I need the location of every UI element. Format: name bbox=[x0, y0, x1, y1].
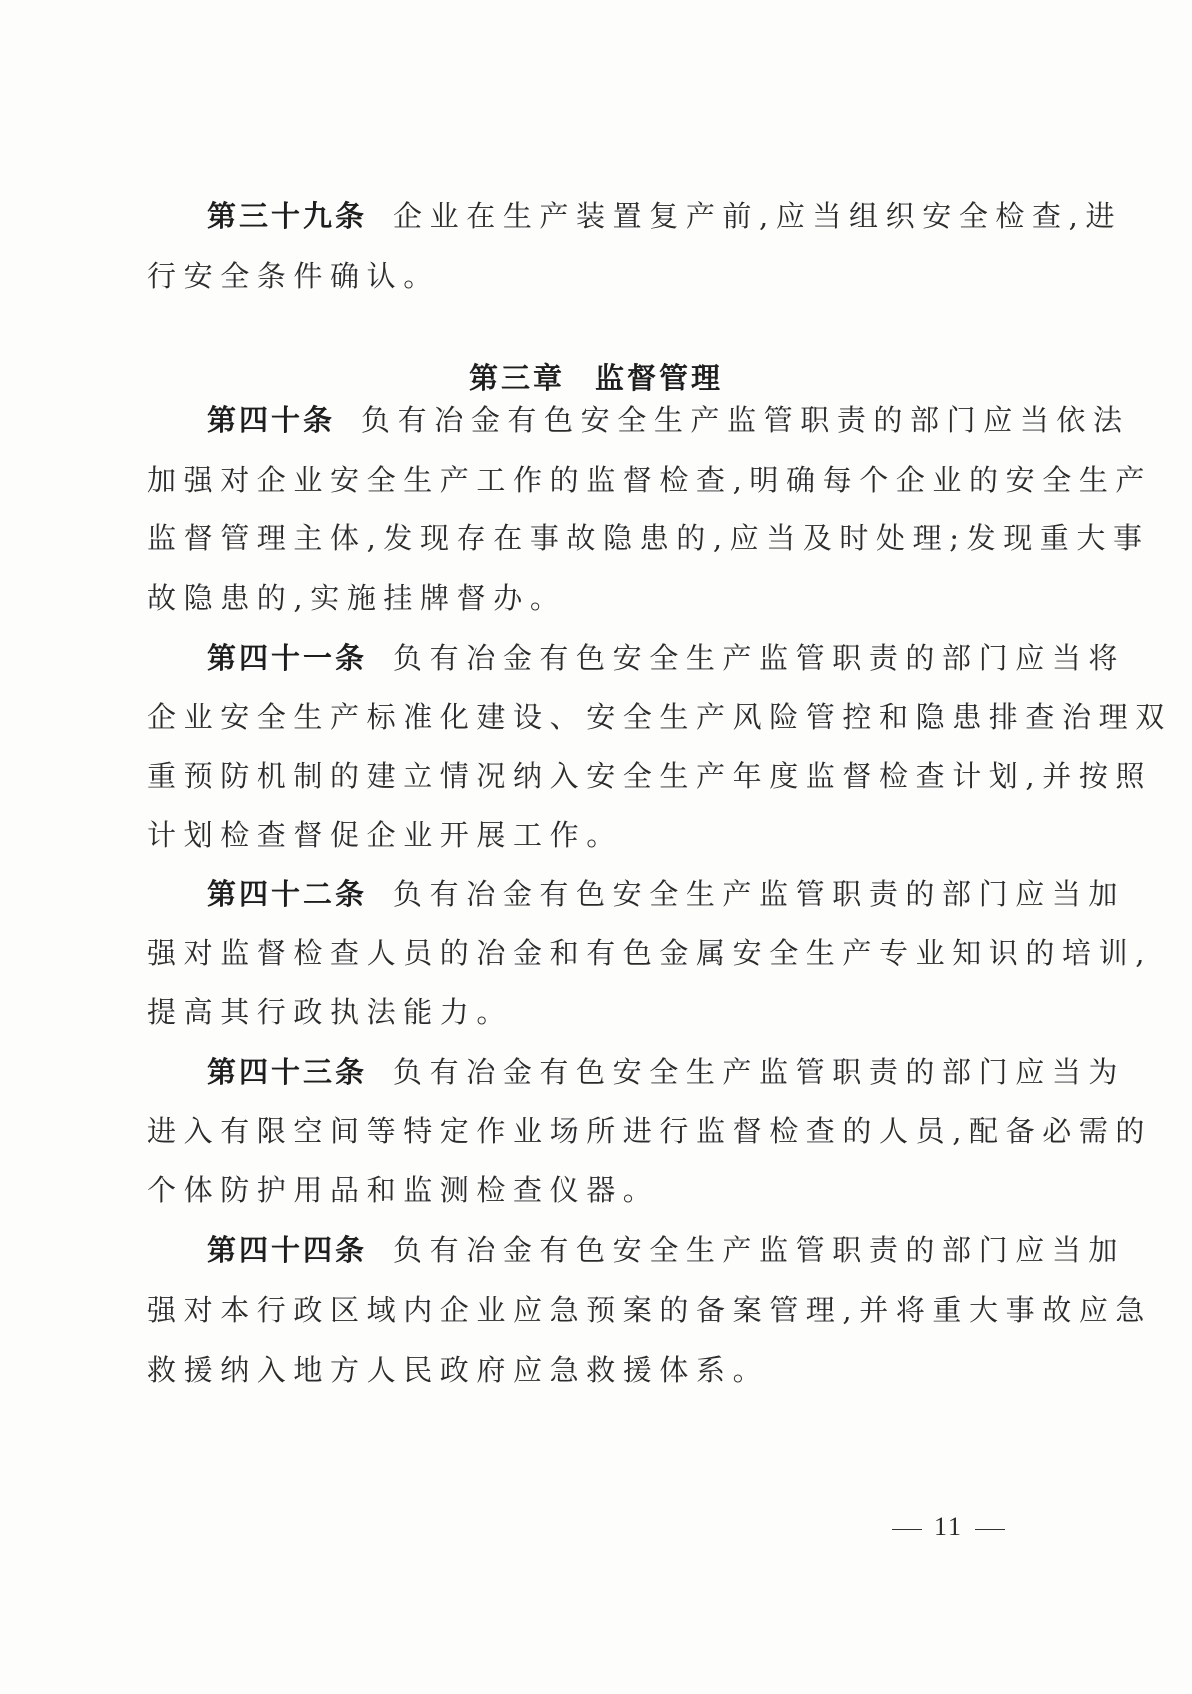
article-44-line-2: 强对本行政区域内企业应急预案的备案管理,并将重大事故应急 bbox=[147, 1290, 1027, 1330]
article-41-line-2: 企业安全生产标准化建设、安全生产风险管控和隐患排查治理双 bbox=[147, 697, 1027, 737]
page-number-value: 11 bbox=[934, 1512, 963, 1541]
article-number: 第四十条 bbox=[207, 403, 335, 437]
article-44-line-3: 救援纳入地方人民政府应急救援体系。 bbox=[147, 1350, 1027, 1390]
article-number: 第三十九条 bbox=[207, 199, 367, 233]
article-text: 企业在生产装置复产前,应当组织安全检查,进 bbox=[393, 199, 1122, 233]
article-39-line-1: 第三十九条企业在生产装置复产前,应当组织安全检查,进 bbox=[207, 196, 1087, 236]
chapter-heading: 第三章监督管理 bbox=[0, 356, 1192, 397]
article-number: 第四十三条 bbox=[207, 1055, 367, 1089]
article-42-line-2: 强对监督检查人员的冶金和有色金属安全生产专业知识的培训, bbox=[147, 933, 1027, 973]
article-text: 负有冶金有色安全生产监管职责的部门应当依法 bbox=[361, 403, 1130, 437]
article-40-line-4: 故隐患的,实施挂牌督办。 bbox=[147, 578, 1027, 618]
article-text: 负有冶金有色安全生产监管职责的部门应当加 bbox=[393, 877, 1125, 911]
article-40-line-2: 加强对企业安全生产工作的监督检查,明确每个企业的安全生产 bbox=[147, 460, 1027, 500]
article-39-line-2: 行安全条件确认。 bbox=[147, 256, 1027, 296]
article-42-line-1: 第四十二条负有冶金有色安全生产监管职责的部门应当加 bbox=[207, 874, 1087, 914]
chapter-title: 监督管理 bbox=[595, 361, 723, 395]
article-43-line-2: 进入有限空间等特定作业场所进行监督检查的人员,配备必需的 bbox=[147, 1111, 1027, 1151]
article-43-line-3: 个体防护用品和监测检查仪器。 bbox=[147, 1170, 1027, 1210]
dash-right bbox=[975, 1529, 1005, 1530]
article-41-line-3: 重预防机制的建立情况纳入安全生产年度监督检查计划,并按照 bbox=[147, 756, 1027, 796]
article-41-line-4: 计划检查督促企业开展工作。 bbox=[147, 815, 1027, 855]
chapter-number: 第三章 bbox=[469, 361, 565, 395]
article-43-line-1: 第四十三条负有冶金有色安全生产监管职责的部门应当为 bbox=[207, 1052, 1087, 1092]
article-text: 负有冶金有色安全生产监管职责的部门应当加 bbox=[393, 1233, 1125, 1267]
article-44-line-1: 第四十四条负有冶金有色安全生产监管职责的部门应当加 bbox=[207, 1230, 1087, 1270]
article-number: 第四十四条 bbox=[207, 1233, 367, 1267]
article-text: 负有冶金有色安全生产监管职责的部门应当为 bbox=[393, 1055, 1125, 1089]
article-42-line-3: 提高其行政执法能力。 bbox=[147, 992, 1027, 1032]
page-number: 11 bbox=[880, 1512, 1017, 1542]
dash-left bbox=[892, 1529, 922, 1530]
article-40-line-1: 第四十条负有冶金有色安全生产监管职责的部门应当依法 bbox=[207, 400, 1087, 440]
article-number: 第四十一条 bbox=[207, 641, 367, 675]
article-text: 负有冶金有色安全生产监管职责的部门应当将 bbox=[393, 641, 1125, 675]
article-41-line-1: 第四十一条负有冶金有色安全生产监管职责的部门应当将 bbox=[207, 638, 1087, 678]
article-40-line-3: 监督管理主体,发现存在事故隐患的,应当及时处理;发现重大事 bbox=[147, 518, 1027, 558]
article-number: 第四十二条 bbox=[207, 877, 367, 911]
document-page: 第三十九条企业在生产装置复产前,应当组织安全检查,进 行安全条件确认。 第三章监… bbox=[0, 0, 1192, 1694]
